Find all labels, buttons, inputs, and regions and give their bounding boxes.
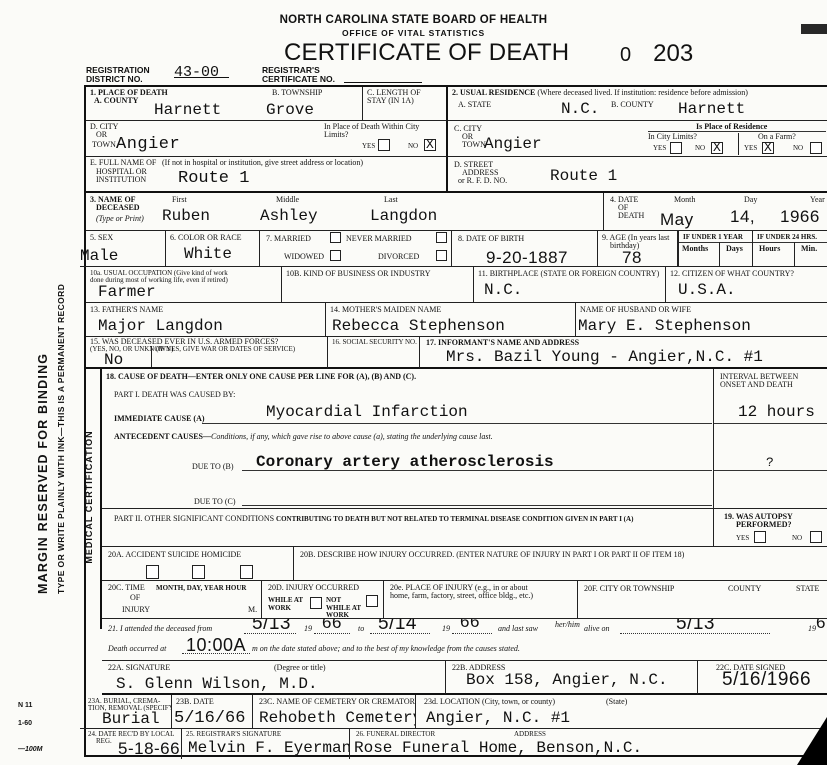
- spouse-name-value[interactable]: Mary E. Stephenson: [578, 317, 751, 335]
- last-name-value[interactable]: Langdon: [370, 207, 437, 225]
- dob-value[interactable]: 9-20-1887: [486, 248, 568, 267]
- city-limits-no-checkbox[interactable]: [711, 142, 723, 154]
- never-married-label: NEVER MARRIED: [346, 235, 412, 244]
- injury-city-label: 20f. CITY OR TOWNSHIP: [584, 585, 674, 594]
- dod-year-value[interactable]: 1966: [780, 207, 820, 227]
- burial-location-value[interactable]: Angier, N.C. #1: [426, 709, 570, 727]
- not-while-at-work-label: NOT WHILE AT WORK: [326, 597, 366, 619]
- first-name-value[interactable]: Ruben: [162, 207, 210, 225]
- middle-label: Middle: [276, 196, 299, 205]
- cemetery-label: 23c. NAME OF CEMETERY OR CREMATORY: [259, 698, 416, 707]
- disposition-date-cell: 23b. DATE 5/16/66: [172, 695, 253, 729]
- autopsy-cell: 19. WAS AUTOPSY PERFORMED? YES NO: [714, 509, 827, 547]
- interval-a-line: [714, 423, 827, 424]
- her-him-text: her/him: [555, 621, 580, 629]
- day-label: Day: [744, 196, 757, 205]
- due-to-c-line: [242, 505, 712, 506]
- death-county-cell: 1. PLACE OF DEATH a. COUNTY Harnett b. T…: [86, 87, 363, 121]
- due-to-c-label: DUE TO (c): [194, 498, 235, 507]
- to-text: to: [358, 625, 364, 634]
- last-seen-19: 19: [808, 625, 816, 634]
- cemetery-cell: 23c. NAME OF CEMETERY OR CREMATORY Rehob…: [253, 695, 416, 729]
- days-label: Days: [726, 245, 743, 254]
- armed-forces-sub-2: (If yes, give war or dates of service): [156, 346, 295, 354]
- city-limits-yes-checkbox[interactable]: [670, 142, 682, 154]
- married-label: 7. MARRIED: [266, 235, 311, 244]
- dod-label-3: DEATH: [618, 212, 644, 221]
- injury-description-label: 20b. DESCRIBE HOW INJURY OCCURRED. (Ente…: [300, 551, 684, 560]
- armed-forces-cell: 15. WAS DECEASED EVER IN U.S. ARMED FORC…: [86, 337, 328, 369]
- birthplace-value[interactable]: N.C.: [484, 281, 522, 299]
- form-code-2: 1-60: [18, 720, 32, 727]
- death-county-value[interactable]: Harnett: [154, 101, 221, 119]
- hospital-note: (If not in hospital or institution, give…: [162, 159, 363, 168]
- hours-label: Hours: [759, 245, 780, 254]
- interval-b-value[interactable]: ?: [766, 455, 774, 470]
- agency-title: NORTH CAROLINA STATE BOARD OF HEALTH: [0, 14, 827, 26]
- residence-divider: [738, 133, 739, 155]
- attended-from-value[interactable]: 5/13: [252, 619, 291, 635]
- hospital-cell: e. FULL NAME OF (If not in hospital or i…: [86, 157, 448, 193]
- deceased-name-label-2: DECEASED: [96, 204, 140, 213]
- under-24-hours-label: IF UNDER 24 HRS.: [757, 234, 817, 242]
- sex-label: 5. SEX: [90, 234, 113, 243]
- under-one-year-label: IF UNDER 1 YEAR: [683, 234, 743, 242]
- dob-label: 8. DATE OF BIRTH: [458, 235, 524, 244]
- never-married-checkbox[interactable]: [436, 232, 447, 243]
- month-label: Month: [674, 196, 695, 205]
- min-label: Min.: [801, 245, 817, 254]
- alive-on-text: alive on: [584, 625, 610, 634]
- while-at-work-label: WHILE AT WORK: [268, 597, 310, 612]
- sex-value[interactable]: Male: [80, 247, 118, 265]
- attended-to-year[interactable]: 66: [460, 619, 480, 632]
- attended-to-value[interactable]: 5/14: [378, 619, 417, 635]
- interval-a-value[interactable]: 12 hours: [738, 403, 815, 421]
- immediate-cause-label: IMMEDIATE CAUSE (a): [114, 415, 205, 424]
- signature-label: 22a. SIGNATURE: [108, 664, 170, 673]
- occupation-cell: 10a. USUAL OCCUPATION (Give kind of work…: [86, 267, 282, 303]
- under-24-hours-rule: [753, 242, 827, 243]
- farm-yes-label: YES: [744, 145, 757, 153]
- disposition-date-label: 23b. DATE: [176, 698, 214, 707]
- antecedent-label: ANTECEDENT CAUSES—Conditions, if any, wh…: [114, 433, 493, 442]
- death-city-value[interactable]: Angier: [116, 135, 180, 154]
- funeral-director-label: 26. FUNERAL DIRECTOR: [356, 731, 435, 739]
- injury-description-cell: 20b. DESCRIBE HOW INJURY OCCURRED. (Ente…: [294, 547, 827, 581]
- autopsy-yes-checkbox[interactable]: [754, 531, 766, 543]
- residence-state-value[interactable]: N.C.: [561, 100, 599, 118]
- funeral-address-label: ADDRESS: [514, 731, 546, 739]
- death-occurred-text: Death occurred at: [108, 645, 166, 654]
- injury-occurred-cell: 20d. INJURY OCCURRED WHILE AT WORK NOT W…: [262, 581, 384, 619]
- residence-city-cell: c. CITY OR TOWN Angier Is Place of Resid…: [448, 121, 827, 157]
- injury-time-cell: 20c. TIME MONTH, DAY, YEAR HOUR OF INJUR…: [102, 581, 262, 619]
- date-received-value[interactable]: 5-18-66: [118, 739, 180, 759]
- under-24-hours-cell: IF UNDER 24 HRS. Hours Min.: [753, 231, 827, 267]
- death-city-cell: d. CITY OR TOWN Angier In Place of Death…: [86, 121, 448, 157]
- race-cell: 6. COLOR OR RACE White: [166, 231, 260, 267]
- last-seen-value[interactable]: 5/13: [676, 619, 715, 635]
- months-label: Months: [682, 245, 708, 254]
- certificate-title: CERTIFICATE OF DEATH: [284, 39, 569, 67]
- injury-county-label: COUNTY: [728, 585, 761, 594]
- citizenship-value[interactable]: U.S.A.: [678, 281, 736, 299]
- autopsy-no-checkbox[interactable]: [810, 531, 822, 543]
- birthplace-cell: 11. BIRTHPLACE (State or foreign country…: [474, 267, 666, 303]
- due-to-b-value[interactable]: Coronary artery atherosclerosis: [256, 453, 554, 471]
- certificate-number-value: 203: [653, 40, 693, 67]
- marital-status-cell: 7. MARRIED NEVER MARRIED WIDOWED DIVORCE…: [260, 231, 452, 267]
- occupation-value[interactable]: Farmer: [98, 283, 156, 301]
- manner-cell: 20a. ACCIDENT SUICIDE HOMICIDE: [102, 547, 294, 581]
- death-certificate-form: 1. PLACE OF DEATH a. COUNTY Harnett b. T…: [84, 85, 827, 757]
- within-limits-yes-label: YES: [362, 143, 375, 151]
- to-19: 19: [442, 625, 450, 634]
- manner-label: 20a. ACCIDENT SUICIDE HOMICIDE: [108, 551, 241, 560]
- divorced-checkbox[interactable]: [436, 250, 447, 261]
- deceased-name-label-3: (Type or Print): [96, 215, 144, 224]
- registrar-signature-label: 25. REGISTRAR'S SIGNATURE: [186, 731, 281, 739]
- date-received-cell: 24. DATE REC'D BY LOCAL REG. 5-18-66: [80, 729, 182, 759]
- city-or-label: OR: [96, 131, 107, 140]
- disposition-date-value[interactable]: 5/16/66: [174, 709, 245, 728]
- spouse-name-label: NAME OF HUSBAND OR WIFE: [580, 306, 691, 315]
- autopsy-no-label: NO: [792, 535, 802, 543]
- immediate-cause-value[interactable]: Myocardial Infarction: [266, 403, 468, 421]
- from-year-line: [314, 633, 350, 634]
- injury-time-label: 20c. TIME: [108, 584, 145, 593]
- attended-from-year[interactable]: 66: [322, 619, 342, 633]
- medical-certification-label: MEDICAL CERTIFICATION: [84, 387, 94, 607]
- industry-cell: 10b. KIND OF BUSINESS OR INDUSTRY: [282, 267, 474, 303]
- binding-margin-text: MARGIN RESERVED FOR BINDING: [36, 194, 50, 594]
- attendance-cell: 21. I attended the deceased from 5/13 19…: [102, 619, 827, 661]
- divorced-label: DIVORCED: [378, 253, 419, 262]
- immediate-cause-line: [202, 423, 712, 424]
- date-signed-value[interactable]: 5/16/1966: [722, 669, 811, 691]
- stay-length-cell: c. LENGTH OF STAY (in 1a): [363, 87, 448, 121]
- while-at-work-checkbox[interactable]: [310, 597, 322, 609]
- interval-label-2: ONSET AND DEATH: [720, 381, 793, 390]
- deceased-name-cell: 3. NAME OF DECEASED (Type or Print) Firs…: [86, 193, 604, 231]
- scan-artifact: [801, 24, 827, 34]
- armed-forces-divider: [151, 346, 152, 369]
- year-label: Year: [810, 196, 825, 205]
- residence-city-value[interactable]: Angier: [484, 135, 542, 153]
- certifier-address-value[interactable]: Box 158, Angier, N.C.: [466, 671, 668, 689]
- death-occurred-suffix: m on the date stated above; and to the b…: [252, 645, 520, 654]
- cause-label: 18. CAUSE OF DEATH—ENTER ONLY ONE CAUSE …: [106, 373, 416, 382]
- part1-label: PART I. DEATH WAS CAUSED BY:: [114, 391, 235, 400]
- injury-place-label-2: home, farm, factory, street, office bldg…: [390, 592, 533, 601]
- other-conditions-cell: PART II. OTHER SIGNIFICANT CONDITIONS CO…: [102, 509, 714, 547]
- registrar-certificate: Registrar's Certificate No.: [262, 66, 335, 84]
- first-label: First: [172, 196, 187, 205]
- funeral-director-value[interactable]: Rose Funeral Home, Benson,N.C.: [354, 739, 642, 757]
- from-19: 19: [304, 625, 312, 634]
- signature-cell: 22a. SIGNATURE (Degree or title) S. Glen…: [102, 661, 446, 695]
- injury-time-label-2: OF: [130, 594, 140, 603]
- hospital-value[interactable]: Route 1: [178, 169, 249, 188]
- certificate-number: 0203: [620, 40, 693, 68]
- injury-place-cell: 20e. PLACE OF INJURY (e.g., in or about …: [384, 581, 578, 619]
- certifier-address-cell: 22b. ADDRESS Box 158, Angier, N.C.: [446, 661, 698, 695]
- within-limits-no-checkbox[interactable]: [424, 139, 436, 151]
- date-received-label-2: REG.: [96, 738, 112, 746]
- city-limits-no-label: NO: [695, 145, 705, 153]
- registrar-signature-cell: 25. REGISTRAR'S SIGNATURE Melvin F. Eyer…: [182, 729, 350, 759]
- certificate-prefix: 0: [620, 44, 631, 66]
- registration-district-label-2: District No.: [86, 75, 150, 84]
- age-value[interactable]: 78: [622, 248, 642, 267]
- farm-no-label: NO: [793, 145, 803, 153]
- informant-label: 17. INFORMANT'S NAME AND ADDRESS: [426, 339, 579, 348]
- widowed-label: WIDOWED: [284, 253, 324, 262]
- township-label: b. TOWNSHIP: [272, 89, 322, 98]
- form-code-3: —100M: [18, 746, 43, 753]
- residence-county-value[interactable]: Harnett: [678, 100, 745, 118]
- citizenship-cell: 12. CITIZEN OF WHAT COUNTRY? U.S.A.: [666, 267, 827, 303]
- office-title: Office of Vital Statistics: [0, 28, 827, 38]
- residence-town-label: TOWN: [462, 141, 486, 150]
- injury-time-label-3: INJURY: [122, 606, 150, 615]
- to-year-line: [452, 633, 492, 634]
- registrar-certificate-value[interactable]: [344, 82, 422, 83]
- residence-label: 2. USUAL RESIDENCE (Where deceased lived…: [452, 89, 748, 98]
- disposition-method-cell: 23a. BURIAL, CREMA- TION, REMOVAL (Speci…: [80, 695, 172, 729]
- scan-corner-artifact: [797, 717, 827, 765]
- due-to-b-label: DUE TO (b): [192, 463, 233, 472]
- residence-state-label: a. STATE: [458, 101, 491, 110]
- within-limits-yes-checkbox[interactable]: [378, 139, 390, 151]
- cause-of-death-cell: 18. CAUSE OF DEATH—ENTER ONLY ONE CAUSE …: [102, 369, 714, 509]
- date-of-death-cell: 4. DATE OF DEATH Month Day Year May 14, …: [604, 193, 827, 231]
- death-township-value[interactable]: Grove: [266, 101, 314, 119]
- registration-district: Registration District No. 43-00: [86, 66, 150, 84]
- married-checkbox[interactable]: [330, 232, 341, 243]
- town-label: TOWN: [92, 141, 116, 150]
- last-label: Last: [384, 196, 398, 205]
- death-time-value[interactable]: 10:00A: [186, 635, 246, 656]
- widowed-checkbox[interactable]: [330, 250, 341, 261]
- spouse-name-cell: NAME OF HUSBAND OR WIFE Mary E. Stephens…: [576, 303, 827, 337]
- cemetery-value[interactable]: Rehobeth Cemetery: [259, 709, 416, 727]
- injury-city-cell: 20f. CITY OR TOWNSHIP COUNTY STATE: [578, 581, 827, 619]
- injury-time-m: M.: [248, 606, 257, 615]
- city-limits-yes-label: YES: [653, 145, 666, 153]
- suicide-checkbox[interactable]: [192, 565, 205, 579]
- father-name-value[interactable]: Major Langdon: [98, 317, 223, 335]
- date-signed-cell: 22c. DATE SIGNED 5/16/1966: [698, 661, 827, 695]
- armed-forces-value[interactable]: No: [104, 351, 123, 369]
- autopsy-yes-label: YES: [736, 535, 749, 543]
- months-days-divider: [719, 242, 720, 267]
- sex-cell: 5. SEX Male: [80, 231, 166, 267]
- disposition-method-value[interactable]: Burial: [102, 710, 160, 728]
- registration-district-value[interactable]: 43-00: [174, 68, 229, 78]
- last-seen-year[interactable]: 6: [816, 619, 826, 633]
- funeral-director-cell: 26. FUNERAL DIRECTOR ADDRESS Rose Funera…: [350, 729, 827, 759]
- injury-occurred-label: 20d. INJURY OCCURRED: [268, 584, 359, 593]
- residence-street-cell: d. STREET ADDRESS or R. F. D. NO. Route …: [448, 157, 827, 193]
- industry-label: 10b. KIND OF BUSINESS OR INDUSTRY: [286, 270, 430, 279]
- county-label: a. COUNTY: [94, 97, 138, 106]
- dod-day-value[interactable]: 14,: [730, 207, 755, 227]
- attended-text: 21. I attended the deceased from: [108, 625, 212, 634]
- citizenship-label: 12. CITIZEN OF WHAT COUNTRY?: [670, 270, 794, 279]
- mother-name-cell: 14. MOTHER'S MAIDEN NAME Rebecca Stephen…: [326, 303, 576, 337]
- farm-yes-checkbox[interactable]: [762, 142, 774, 154]
- within-limits-no-label: NO: [408, 143, 418, 151]
- within-limits-label-2: Limits?: [324, 131, 348, 140]
- farm-no-checkbox[interactable]: [810, 142, 822, 154]
- residence-street-value[interactable]: Route 1: [550, 167, 617, 185]
- residence-county-label: b. COUNTY: [611, 101, 654, 110]
- homicide-checkbox[interactable]: [240, 565, 253, 579]
- degree-label: (Degree or title): [274, 664, 326, 673]
- part2-label: PART II. OTHER SIGNIFICANT CONDITIONS CO…: [114, 515, 633, 524]
- not-while-at-work-checkbox[interactable]: [366, 595, 378, 607]
- hospital-label-3: INSTITUTION: [96, 176, 146, 185]
- burial-location-cell: 23d. LOCATION (City, town, or county) (S…: [416, 695, 827, 729]
- interval-cell: INTERVAL BETWEEN ONSET AND DEATH 12 hour…: [714, 369, 827, 509]
- under-one-year-rule: [679, 242, 753, 243]
- mother-name-value[interactable]: Rebecca Stephenson: [332, 317, 505, 335]
- burial-location-label: 23d. LOCATION (City, town, or county): [424, 698, 555, 707]
- ink-instruction-text: TYPE OR WRITE PLAINLY WITH INK—THIS IS A…: [56, 194, 66, 594]
- residence-state-cell: 2. USUAL RESIDENCE (Where deceased lived…: [448, 87, 827, 121]
- form-code-1: N 11: [18, 702, 32, 709]
- father-name-label: 13. FATHER'S NAME: [90, 306, 163, 315]
- injury-time-cols: MONTH, DAY, YEAR HOUR: [156, 585, 246, 593]
- dod-month-value[interactable]: May: [660, 210, 694, 230]
- registrar-label-2: Certificate No.: [262, 75, 335, 84]
- stay-label-2: STAY (in 1a): [367, 97, 414, 106]
- accident-checkbox[interactable]: [146, 565, 159, 579]
- signature-value[interactable]: S. Glenn Wilson, M.D.: [116, 675, 318, 693]
- age-cell: 9. AGE (In years last birthday) 78: [598, 231, 678, 267]
- interval-b-line: [714, 470, 827, 471]
- father-name-cell: 13. FATHER'S NAME Major Langdon: [86, 303, 326, 337]
- autopsy-label-2: PERFORMED?: [736, 521, 792, 530]
- informant-cell: 17. INFORMANT'S NAME AND ADDRESS Mrs. Ba…: [420, 337, 827, 369]
- ssn-cell: 16. SOCIAL SECURITY NO.: [328, 337, 420, 369]
- under-one-year-cell: IF UNDER 1 YEAR Months Days: [678, 231, 753, 267]
- injury-state-label: STATE: [796, 585, 819, 594]
- birthplace-label: 11. BIRTHPLACE (State or foreign country…: [478, 270, 659, 279]
- date-of-birth-cell: 8. DATE OF BIRTH 9-20-1887: [452, 231, 598, 267]
- last-saw-text: and last saw: [498, 625, 538, 634]
- race-value[interactable]: White: [184, 245, 232, 263]
- hours-min-divider: [794, 242, 795, 267]
- informant-value[interactable]: Mrs. Bazil Young - Angier,N.C. #1: [446, 348, 763, 366]
- street-label-3: or R. F. D. NO.: [458, 177, 507, 186]
- burial-state-label: (State): [606, 698, 627, 707]
- race-label: 6. COLOR OR RACE: [170, 234, 242, 243]
- registrar-signature-value[interactable]: Melvin F. Eyerman,M.D.: [188, 739, 350, 757]
- ssn-label: 16. SOCIAL SECURITY NO.: [332, 339, 417, 347]
- middle-name-value[interactable]: Ashley: [260, 207, 318, 225]
- city-limits-label: In City Limits?: [648, 133, 697, 142]
- mother-name-label: 14. MOTHER'S MAIDEN NAME: [330, 306, 441, 315]
